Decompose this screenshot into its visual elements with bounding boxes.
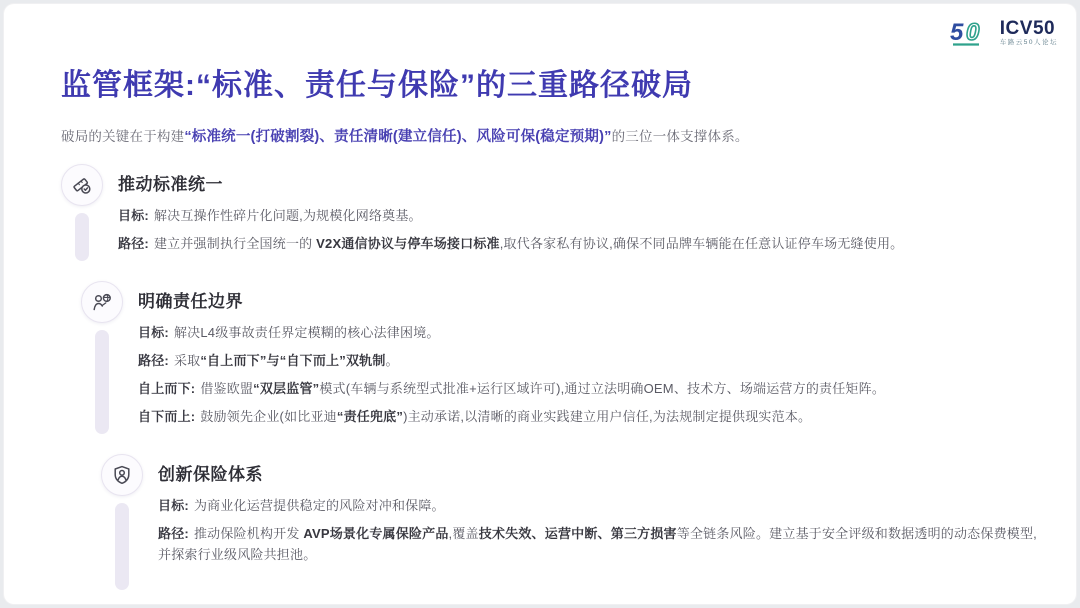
- section-title: 创新保险体系: [158, 460, 1040, 485]
- page-subtitle: 破局的关键在于构建“标准统一(打破割裂)、责任清晰(建立信任)、风险可保(稳定预…: [61, 125, 749, 146]
- section-content: 明确责任边界 目标:解决L4级事故责任界定模糊的核心法律困境。 路径:采取“自上…: [138, 281, 885, 434]
- objective-row: 目标:为商业化运营提供稳定的风险对冲和保障。: [158, 495, 1040, 516]
- timeline-bar: [115, 503, 129, 590]
- slide: 5 0 ICV50 车路云50人论坛 监管框架:“标准、责任与保险”的三重路径破…: [4, 4, 1076, 604]
- section-icon-badge: [81, 281, 123, 323]
- section-insurance: 创新保险体系 目标:为商业化运营提供稳定的风险对冲和保障。 路径:推动保险机构开…: [101, 454, 1040, 590]
- path-row: 路径:采取“自上而下”与“自下而上”双轨制。: [138, 350, 885, 371]
- timeline-bar: [75, 213, 89, 261]
- section-icon-badge: [61, 164, 103, 206]
- svg-text:0: 0: [966, 19, 980, 46]
- section-title: 推动标准统一: [118, 170, 903, 195]
- timeline-bar: [95, 330, 109, 434]
- section-title: 明确责任边界: [138, 287, 885, 312]
- subtitle-highlight: “标准统一(打破割裂)、责任清晰(建立信任)、风险可保(稳定预期)”: [184, 129, 611, 145]
- shield-person-icon: [111, 464, 133, 486]
- section-responsibility: 明确责任边界 目标:解决L4级事故责任界定模糊的核心法律困境。 路径:采取“自上…: [81, 281, 1040, 434]
- svg-text:5: 5: [950, 19, 964, 46]
- section-content: 创新保险体系 目标:为商业化运营提供稳定的风险对冲和保障。 路径:推动保险机构开…: [158, 454, 1040, 590]
- section-standards: 推动标准统一 目标:解决互操作性碎片化问题,为规模化网络奠基。 路径:建立并强制…: [61, 164, 1040, 261]
- objective-row: 目标:解决互操作性碎片化问题,为规模化网络奠基。: [118, 205, 903, 226]
- section-content: 推动标准统一 目标:解决互操作性碎片化问题,为规模化网络奠基。 路径:建立并强制…: [118, 164, 903, 261]
- logo-50-icon: 5 0: [948, 18, 994, 48]
- logo-brand: ICV50: [1000, 19, 1058, 38]
- path-row: 路径:建立并强制执行全国统一的 V2X通信协议与停车场接口标准,取代各家私有协议…: [118, 233, 903, 254]
- bottom-up-row: 自下而上:鼓励领先企业(如比亚迪“责任兜底”)主动承诺,以清晰的商业实践建立用户…: [138, 406, 885, 427]
- person-responsibility-icon: [91, 291, 113, 313]
- timeline-rail: [101, 454, 143, 590]
- logo: 5 0 ICV50 车路云50人论坛: [948, 18, 1058, 48]
- objective-row: 目标:解决L4级事故责任界定模糊的核心法律困境。: [138, 322, 885, 343]
- page-title: 监管框架:“标准、责任与保险”的三重路径破局: [61, 60, 693, 104]
- sections: 推动标准统一 目标:解决互操作性碎片化问题,为规模化网络奠基。 路径:建立并强制…: [61, 164, 1040, 590]
- top-down-row: 自上而下:借鉴欧盟“双层监管”模式(车辆与系统型式批准+运行区域许可),通过立法…: [138, 378, 885, 399]
- section-icon-badge: [101, 454, 143, 496]
- ruler-check-icon: [71, 174, 93, 196]
- timeline-rail: [81, 281, 123, 434]
- timeline-rail: [61, 164, 103, 261]
- logo-tagline: 车路云50人论坛: [1000, 40, 1058, 47]
- path-row: 路径:推动保险机构开发 AVP场景化专属保险产品,覆盖技术失效、运营中断、第三方…: [158, 523, 1040, 565]
